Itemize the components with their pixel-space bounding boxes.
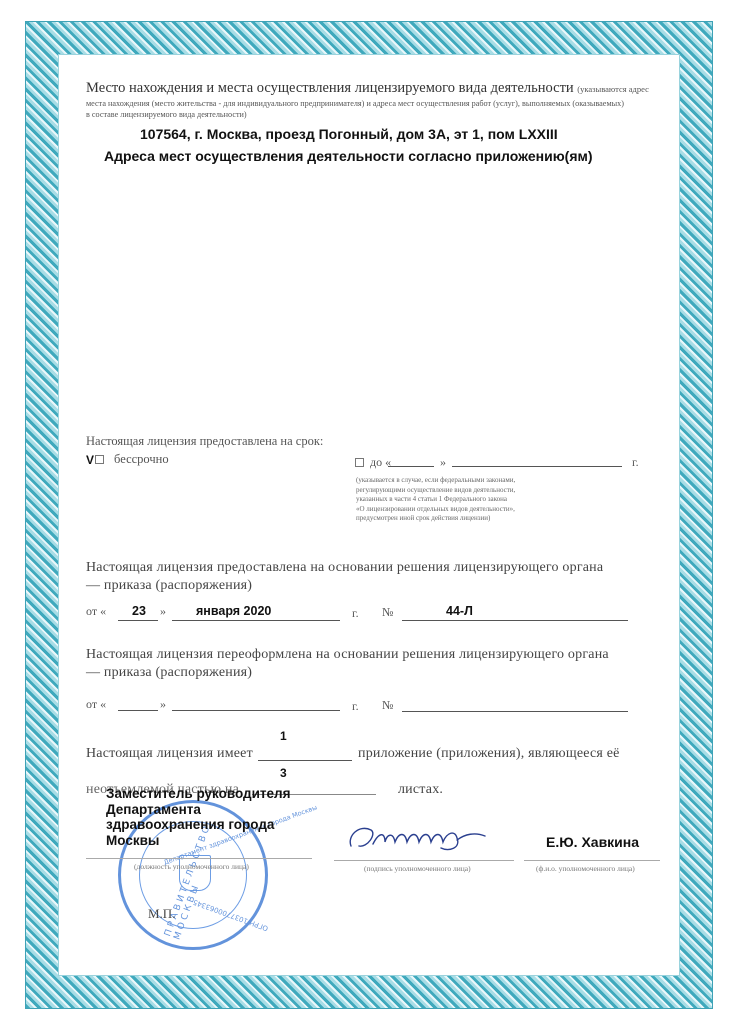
until-date-field[interactable]: [452, 466, 622, 467]
location-heading: Место нахождения и места осуществления л…: [86, 80, 649, 97]
reissue-day-field[interactable]: [118, 710, 158, 711]
position-field-line: [86, 858, 312, 859]
reissue-from-label: от «: [86, 697, 106, 712]
until-day-field[interactable]: [388, 466, 434, 467]
reissue-line2: — приказа (распоряжения): [86, 665, 252, 681]
term-until-option[interactable]: до «: [355, 455, 391, 470]
until-note: (указывается в случае, если федеральными…: [356, 476, 515, 524]
until-close-quote: »: [440, 455, 446, 470]
appendix-count-field: [258, 760, 352, 761]
name-caption: (ф.и.о. уполномоченного лица): [536, 864, 635, 873]
appendix-line1-suffix: приложение (приложения), являющееся её: [358, 746, 620, 762]
reissue-close-quote: »: [160, 697, 166, 712]
term-indefinite-option[interactable]: V бессрочно: [86, 452, 169, 467]
indefinite-label: бессрочно: [114, 452, 169, 467]
appendix-line1-prefix: Настоящая лицензия имеет: [86, 746, 253, 762]
location-note-line3: в составе лицензируемого вида деятельнос…: [86, 109, 247, 121]
signatory-position: Заместитель руководителя Департамента зд…: [106, 786, 290, 848]
name-field-line: [524, 860, 660, 861]
until-note-line: (указывается в случае, если федеральными…: [356, 476, 515, 486]
signatory-position-line: Москвы: [106, 833, 290, 849]
reissue-month-field[interactable]: [172, 710, 340, 711]
signatory-position-line: здравоохранения города: [106, 817, 290, 833]
appendix-count: 1: [280, 729, 287, 743]
signature-mark: [345, 818, 505, 858]
location-heading-text: Место нахождения и места осуществления л…: [86, 80, 574, 96]
until-note-line: «О лицензировании отдельных видов деятел…: [356, 505, 515, 515]
grant-month-year: января 2020: [196, 604, 271, 618]
location-heading-note: (указываются адрес: [577, 84, 649, 94]
grant-day: 23: [132, 604, 146, 618]
signature-field-line: [334, 860, 514, 861]
grant-close-quote: »: [160, 604, 166, 619]
signature-caption: (подпись уполномоченного лица): [364, 864, 471, 873]
check-mark-icon: V: [86, 453, 94, 467]
until-label: до «: [370, 455, 391, 470]
signatory-position-line: Департамента: [106, 802, 290, 818]
until-checkbox[interactable]: [355, 458, 364, 467]
until-note-line: предусмотрен иной срок действия лицензии…: [356, 514, 515, 524]
grant-line1: Настоящая лицензия предоставлена на осно…: [86, 560, 603, 576]
until-year-suffix: г.: [632, 455, 639, 470]
grant-line2: — приказа (распоряжения): [86, 578, 252, 594]
grant-from-label: от «: [86, 604, 106, 619]
license-address: 107564, г. Москва, проезд Погонный, дом …: [140, 126, 558, 142]
grant-number-field: [402, 620, 628, 621]
grant-month-field: [172, 620, 340, 621]
grant-year-suffix: г.: [352, 606, 359, 621]
until-note-line: регулирующими осуществление видов деятел…: [356, 486, 515, 496]
reissue-number-field[interactable]: [402, 711, 628, 712]
position-caption: (должность уполномоченного лица): [134, 862, 249, 871]
grant-number-label: №: [382, 605, 393, 620]
seal-place-label: М.П.: [148, 906, 175, 922]
reissue-line1: Настоящая лицензия переоформлена на осно…: [86, 647, 609, 663]
indefinite-checkbox[interactable]: [95, 455, 104, 464]
until-note-line: указанных в части 4 статьи 1 Федеральног…: [356, 495, 515, 505]
appendix-sheets: 3: [280, 766, 287, 780]
reissue-number-label: №: [382, 698, 393, 713]
addresses-note: Адреса мест осуществления деятельности с…: [104, 148, 593, 164]
grant-number: 44-Л: [446, 604, 473, 618]
signatory-name: Е.Ю. Хавкина: [546, 834, 639, 850]
appendix-line2-suffix: листах.: [398, 782, 443, 798]
grant-day-field: [118, 620, 158, 621]
reissue-year-suffix: г.: [352, 699, 359, 714]
signatory-position-line: Заместитель руководителя: [106, 786, 290, 802]
term-heading: Настоящая лицензия предоставлена на срок…: [86, 434, 323, 449]
